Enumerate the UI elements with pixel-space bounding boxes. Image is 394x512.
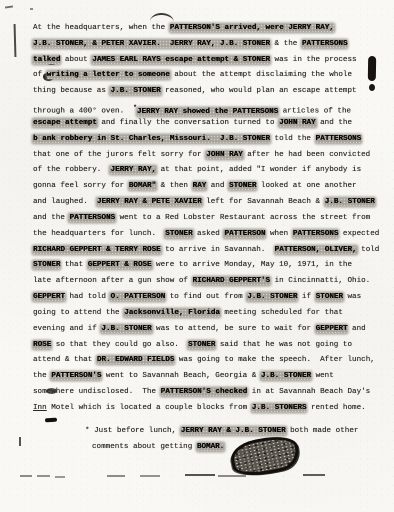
highlighted-text-segment: STONER: [33, 261, 60, 269]
scan-line-artifact: [185, 474, 215, 476]
highlighted-text-segment: BOMAR.: [197, 443, 224, 451]
highlighted-text-segment: PATTERSON'S: [51, 372, 101, 380]
scan-line-artifact: [37, 475, 50, 477]
text-line: evening and if J.B. STONER was to attend…: [33, 322, 389, 338]
text-segment: to find out from: [165, 293, 247, 301]
highlighted-text-segment: RICHARD GEPPERT'S: [193, 277, 270, 285]
text-segment: and: [206, 182, 229, 190]
highlighted-text-segment: PATTERSON'S checked: [161, 388, 248, 396]
body-text: At the headquarters, when the PATTERSON'…: [33, 21, 389, 417]
text-segment: after he had been convicted: [243, 151, 371, 159]
text-segment: in Cincinnatti, Ohio.: [270, 277, 370, 285]
highlighted-text-segment: PATTERSON, OLIVER,: [275, 246, 357, 254]
highlighted-text-segment: JERRY RAY & PETE XAVIER: [97, 198, 202, 206]
text-line: attend & that DR. EDWARD FIELDS was goin…: [33, 353, 389, 369]
text-line: talked about JAMES EARL RAYS escape atte…: [33, 53, 389, 69]
text-segment: of the robbery.: [33, 166, 110, 174]
text-segment: gonna feel sorry for: [33, 182, 129, 190]
text-segment: if: [297, 293, 315, 301]
text-line: ROSE so that they could go also. STONER …: [33, 338, 389, 354]
highlighted-text-segment: STONER: [316, 293, 343, 301]
highlighted-text-segment: talked: [33, 56, 60, 64]
text-line: RICHARD GEPPERT & TERRY ROSE to arrive i…: [33, 243, 389, 259]
text-segment: went to a Red Lobster Restaurant across …: [115, 214, 370, 222]
highlighted-text-segment: STONER: [229, 182, 256, 190]
text-segment: through a 400° oven.: [33, 108, 133, 116]
text-segment: went: [311, 372, 334, 380]
highlighted-text-segment: Jacksonville, Florida: [124, 309, 220, 317]
pen-speck-icon: [30, 8, 33, 10]
text-segment: late afternoon after a gun show of: [33, 277, 193, 285]
highlighted-text-segment: GEPPERT & ROSE: [88, 261, 152, 269]
text-segment: was in the process: [270, 56, 357, 64]
text-segment: and the: [33, 214, 69, 222]
scan-line-artifact: [107, 475, 125, 477]
text-segment: the headquarters for lunch.: [33, 230, 165, 238]
text-line: of the robbery. JERRY RAY, at that point…: [33, 163, 389, 179]
highlighted-text-segment: writing a letter to someone: [47, 71, 170, 79]
highlighted-text-segment: J.B. STONER: [325, 198, 375, 206]
scan-line-artifact: [140, 475, 160, 477]
text-line: through a 400° oven. *JERRY RAY showed t…: [33, 100, 389, 116]
text-segment: so that they could go also.: [51, 341, 188, 349]
text-segment: when: [265, 230, 292, 238]
text-segment: and laughed.: [33, 198, 97, 206]
footnote: * Just before lunch, JERRY RAY & J.B. ST…: [33, 423, 373, 455]
text-line: * Just before lunch, JERRY RAY & J.B. ST…: [85, 423, 373, 439]
text-line: that one of the jurors felt sorry for JO…: [33, 148, 389, 164]
highlighted-text-segment: PATTERSON'S arrived, were JERRY RAY,: [170, 24, 334, 32]
text-segment: that one of the jurors felt sorry for: [33, 151, 206, 159]
handwritten-dash-icon: [45, 418, 57, 423]
highlighted-text-segment: RAY: [193, 182, 207, 190]
highlighted-text-segment: J.B. STONER, & PETER XAVIER. JERRY RAY, …: [33, 40, 270, 48]
highlighted-text-segment: STONER: [165, 230, 192, 238]
highlighted-text-segment: b ank robbery in St. Charles, Missouri. …: [33, 135, 270, 143]
highlighted-text-segment: PATTERSON: [224, 230, 265, 238]
document-page: At the headquarters, when the PATTERSON'…: [0, 0, 394, 512]
left-margin-line-icon: [14, 24, 17, 57]
text-line: the headquarters for lunch. STONER asked…: [33, 227, 389, 243]
text-segment: about: [60, 56, 92, 64]
text-line: thing because as J.B. STONER reasoned, w…: [33, 84, 389, 100]
text-segment: was: [343, 293, 361, 301]
text-segment: told: [357, 246, 380, 254]
highlighted-text-segment: JERRY RAY,: [110, 166, 156, 174]
text-segment: comments about getting: [92, 443, 197, 451]
text-segment: attend & that: [33, 356, 97, 364]
text-segment: went to Savannah Beach, Georgia &: [101, 372, 261, 380]
highlighted-text-segment: GEPPERT: [316, 325, 348, 333]
text-segment: had told: [65, 293, 111, 301]
text-line: At the headquarters, when the PATTERSON'…: [33, 21, 389, 37]
text-line: of writing a letter to someone about the…: [33, 68, 389, 84]
text-segment: somewhere undisclosed. The: [33, 388, 161, 396]
highlighted-text-segment: J.B. STONER: [101, 325, 151, 333]
scan-line-artifact: [55, 476, 65, 478]
text-segment: * Just before lunch,: [85, 427, 181, 435]
highlighted-text-segment: STONER: [188, 341, 215, 349]
text-line: somewhere undisclosed. The PATTERSON'S c…: [33, 385, 389, 401]
text-segment: rented home.: [306, 404, 365, 412]
text-segment: & the: [270, 40, 302, 48]
text-segment: Inn: [33, 404, 47, 412]
text-line: b ank robbery in St. Charles, Missouri. …: [33, 132, 389, 148]
text-segment: evening and if: [33, 325, 101, 333]
highlighted-text-segment: RICHARD GEPPERT & TERRY ROSE: [33, 246, 161, 254]
text-line: gonna feel sorry for BOMAR" & then RAY a…: [33, 179, 389, 195]
text-segment: meeting scheduled for that: [220, 309, 343, 317]
text-segment: left for Savannah Beach &: [202, 198, 325, 206]
text-segment: looked at one another: [256, 182, 356, 190]
highlighted-text-segment: O. PATTERSON: [110, 293, 165, 301]
highlighted-text-segment: J.B. STONER: [110, 87, 160, 95]
text-line: late afternoon after a gun show of RICHA…: [33, 274, 389, 290]
text-segment: at that point, added "I wonder if anybod…: [156, 166, 361, 174]
text-line: GEPPERT had told O. PATTERSON to find ou…: [33, 290, 389, 306]
highlighted-text-segment: JAMES EARL RAYS escape attempt & STONER: [92, 56, 270, 64]
text-line: STONER that GEPPERT & ROSE were to arriv…: [33, 258, 389, 274]
scan-line-artifact: [303, 474, 325, 476]
highlighted-text-segment: PATTERSONS: [316, 135, 362, 143]
highlighted-text-segment: JOHN RAY: [279, 119, 315, 127]
highlighted-text-segment: JERRY RAY showed the PATTERSONS: [137, 108, 278, 116]
text-segment: to arrive in Savannah.: [161, 246, 275, 254]
text-segment: was going to make the speech. After lunc…: [174, 356, 375, 364]
text-segment: and: [347, 325, 365, 333]
text-segment: about the attempt disclaiming the whole: [170, 71, 352, 79]
text-line: Inn Motel which is located a couple bloc…: [33, 401, 389, 417]
text-segment: in at Savannah Beach Day's: [247, 388, 370, 396]
highlighted-text-segment: JOHN RAY: [206, 151, 242, 159]
text-segment: said that he was not going to: [215, 341, 352, 349]
highlighted-text-segment: JERRY RAY & J.B. STONER: [181, 427, 286, 435]
text-segment: At the headquarters, when the: [33, 24, 170, 32]
text-segment: both made other: [286, 427, 359, 435]
text-segment: the: [33, 372, 51, 380]
highlighted-text-segment: PATTERSONS: [302, 40, 348, 48]
text-segment: of: [33, 71, 47, 79]
highlighted-text-segment: DR. EDWARD FIELDS: [97, 356, 174, 364]
left-margin-tick-icon: [19, 437, 21, 446]
highlighted-text-segment: ROSE: [33, 341, 51, 349]
scan-line-artifact: [218, 475, 246, 477]
text-segment: going to attend the: [33, 309, 124, 317]
text-line: and the PATTERSONS went to a Red Lobster…: [33, 211, 389, 227]
text-line: J.B. STONER, & PETER XAVIER. JERRY RAY, …: [33, 37, 389, 53]
highlighted-text-segment: escape attempt: [33, 119, 97, 127]
text-segment: articles of the: [278, 108, 351, 116]
highlighted-text-segment: BOMAR": [129, 182, 156, 190]
text-line: and laughed. JERRY RAY & PETE XAVIER lef…: [33, 195, 389, 211]
text-segment: and finally the conversation turned to: [97, 119, 279, 127]
scan-line-artifact: [20, 475, 32, 477]
text-segment: expected: [338, 230, 379, 238]
text-segment: reasoned, who would plan an escape attem…: [161, 87, 357, 95]
pen-speck-icon: [5, 5, 13, 8]
text-segment: Motel which is located a couple blocks f…: [47, 404, 252, 412]
text-segment: told the: [270, 135, 316, 143]
highlighted-text-segment: J.B. STONER: [261, 372, 311, 380]
text-segment: thing because as: [33, 87, 110, 95]
text-segment: and the: [316, 119, 352, 127]
highlighted-text-segment: J.B. STONER: [247, 293, 297, 301]
text-line: going to attend the Jacksonville, Florid…: [33, 306, 389, 322]
highlighted-text-segment: J.B. STONERS: [252, 404, 307, 412]
highlighted-text-segment: PATTERSONS: [69, 214, 115, 222]
text-line: the PATTERSON'S went to Savannah Beach, …: [33, 369, 389, 385]
text-segment: & then: [156, 182, 192, 190]
highlighted-text-segment: PATTERSONS: [293, 230, 339, 238]
text-segment: that: [60, 261, 87, 269]
text-line: escape attempt and finally the conversat…: [33, 116, 389, 132]
text-segment: was to attend, be sure to wait for: [152, 325, 316, 333]
highlighted-text-segment: GEPPERT: [33, 293, 65, 301]
text-segment: asked: [193, 230, 225, 238]
text-segment: were to arrive Monday, May 10, 1971, in …: [152, 261, 353, 269]
